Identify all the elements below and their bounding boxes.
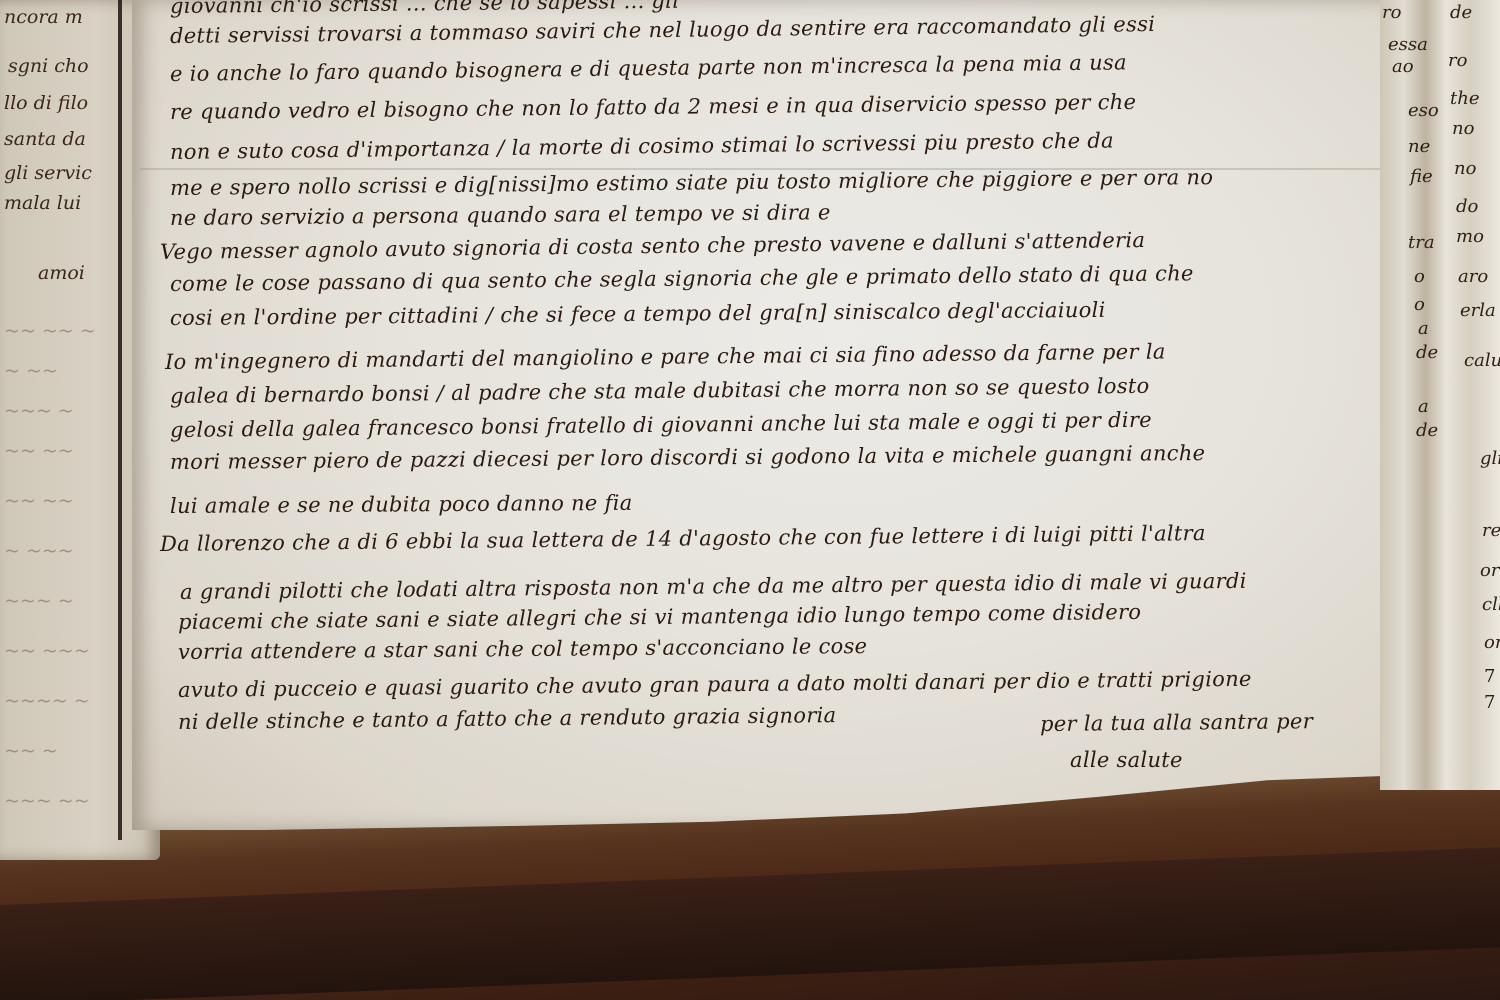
margin-fragment: eso xyxy=(1408,100,1439,121)
margin-fragment: a xyxy=(1418,396,1429,417)
margin-fragment: the xyxy=(1450,88,1479,109)
margin-fragment: do xyxy=(1456,196,1478,217)
margin-fragment: ro xyxy=(1382,2,1401,23)
left-page-fragment: amoi xyxy=(38,262,85,284)
margin-fragment: no xyxy=(1452,118,1474,139)
margin-fragment: aro xyxy=(1458,266,1488,287)
margin-fragment: de xyxy=(1450,2,1472,23)
margin-fragment: de xyxy=(1416,420,1438,441)
margin-fragment: a xyxy=(1418,318,1429,339)
margin-fragment: ro xyxy=(1448,50,1467,71)
margin-fragment: clle xyxy=(1482,594,1500,615)
margin-fragment: de xyxy=(1416,342,1438,363)
margin-fragment: erla xyxy=(1460,300,1496,321)
margin-fragment: or xyxy=(1484,632,1500,653)
left-page-fragment: sgni cho xyxy=(8,55,89,77)
left-page-fragment: llo di filo xyxy=(4,92,88,114)
right-page-edges: ro essa ao eso ne fie tra o o a de a de … xyxy=(1380,0,1500,790)
margin-fragment: o xyxy=(1414,266,1425,287)
margin-fragment: 7 xyxy=(1484,692,1495,713)
left-page-fragment: ncora m xyxy=(4,6,83,28)
book-gutter xyxy=(118,0,122,840)
left-page-fragment: santa da xyxy=(4,128,86,150)
margin-fragment: calu xyxy=(1464,350,1500,371)
margin-fragment: essa xyxy=(1388,34,1428,55)
margin-fragment: fie xyxy=(1410,166,1433,187)
manuscript-closing: per la tua alla santra per xyxy=(1040,709,1313,736)
margin-fragment: no xyxy=(1454,158,1476,179)
margin-fragment: o xyxy=(1414,294,1425,315)
margin-fragment: ore xyxy=(1480,560,1500,581)
left-page-fragment: gli servic xyxy=(4,162,92,184)
margin-fragment: re xyxy=(1482,520,1500,541)
margin-fragment: tra xyxy=(1408,232,1435,253)
margin-fragment: ao xyxy=(1392,56,1414,77)
manuscript-salutation: alle salute xyxy=(1070,748,1183,772)
margin-fragment: 7 xyxy=(1484,666,1495,687)
manuscript-line: lui amale e se ne dubita poco danno ne f… xyxy=(170,491,633,518)
margin-fragment: ne xyxy=(1408,136,1430,157)
margin-fragment: gli xyxy=(1480,448,1500,469)
margin-fragment: mo xyxy=(1456,226,1484,247)
left-page-fragment: mala lui xyxy=(4,192,81,214)
